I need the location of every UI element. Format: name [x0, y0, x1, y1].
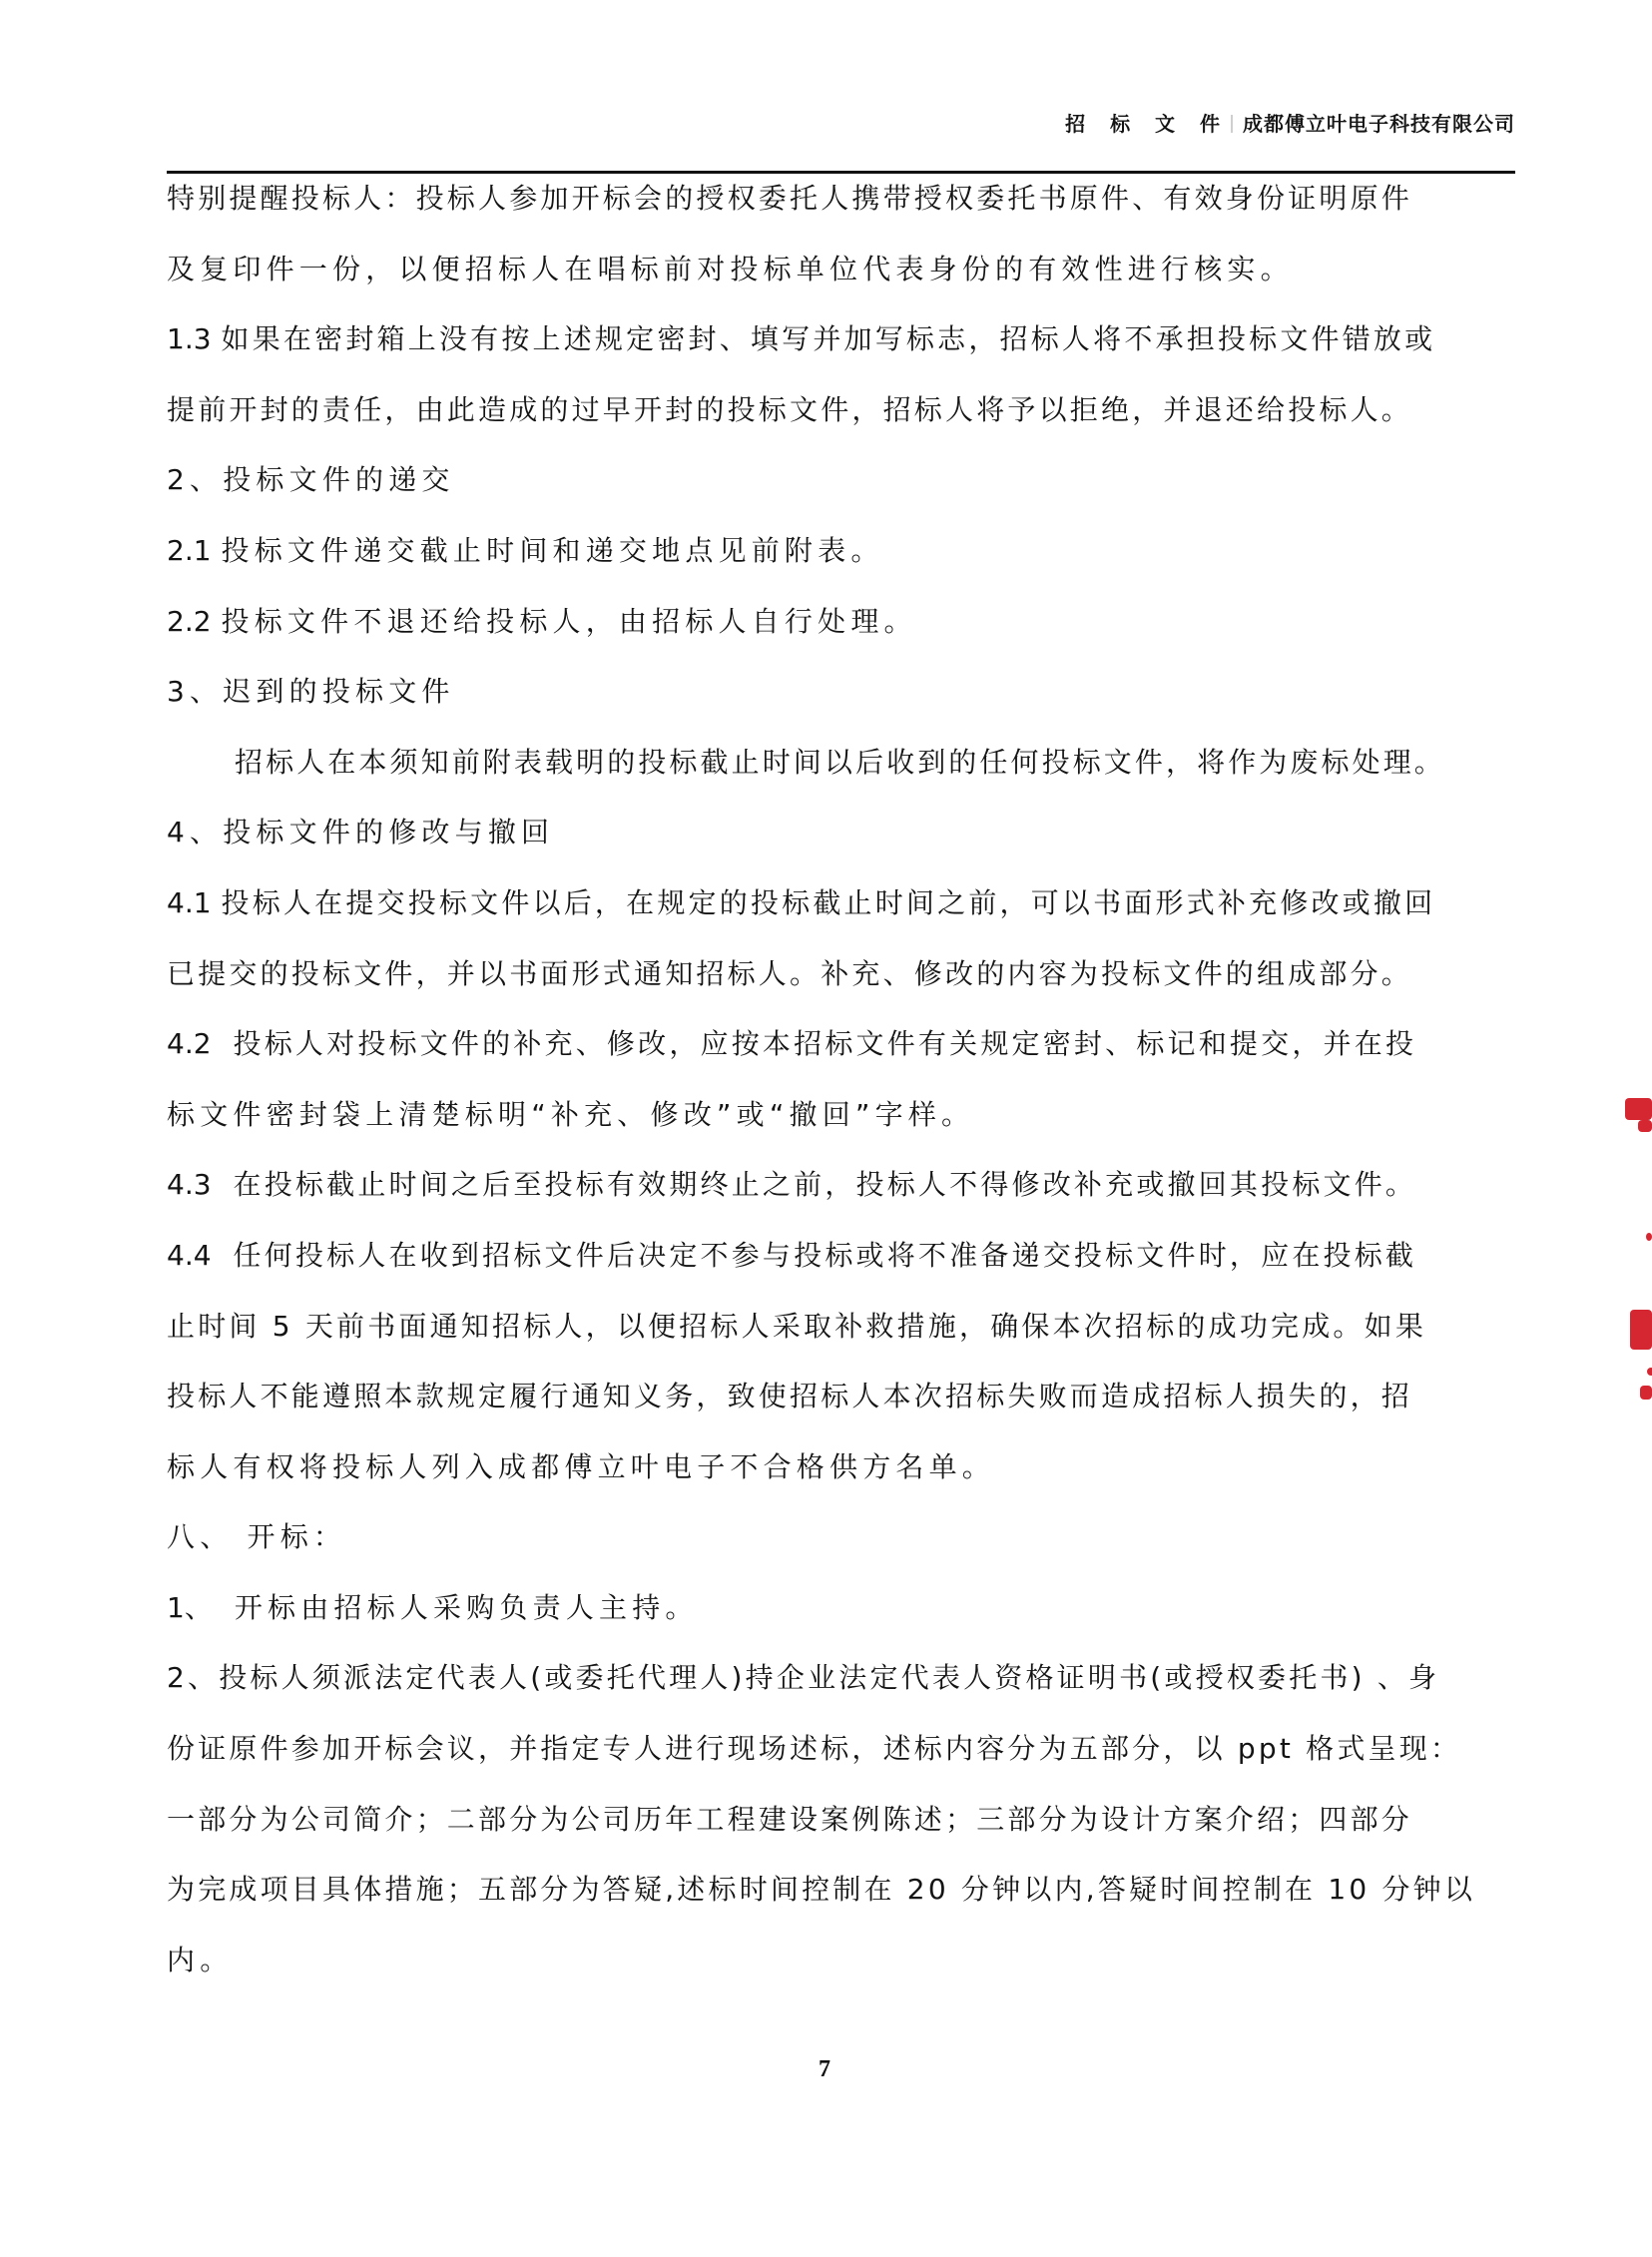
line-text: 份证原件参加开标会议，并指定专人进行现场述标，述标内容分为五部分，以 ppt 格…	[167, 1732, 1461, 1765]
line-text: 投标文件不退还给投标人，由招标人自行处理。	[222, 605, 917, 638]
line-text: 止时间 5 天前书面通知招标人，以便招标人采取补救措施，确保本次招标的成功完成。…	[167, 1310, 1426, 1343]
line-text: 标文件密封袋上清楚标明“补充、修改”或“撤回”字样。	[167, 1098, 974, 1131]
line-text: 提前开封的责任，由此造成的过早开封的投标文件，招标人将予以拒绝，并退还给投标人。	[167, 393, 1412, 426]
stamp-mark	[1630, 1310, 1652, 1350]
paragraph-special-reminder: 特别提醒投标人：投标人参加开标会的授权委托人携带授权委托书原件、有效身份证明原件	[167, 178, 1524, 249]
paragraph-special-reminder-cont: 及复印件一份，以便招标人在唱标前对投标单位代表身份的有效性进行核实。	[167, 249, 1524, 319]
line-text: 在投标截止时间之后至投标有效期终止之前，投标人不得修改补充或撤回其投标文件。	[234, 1168, 1417, 1201]
line-text: 已提交的投标文件，并以书面形式通知招标人。补充、修改的内容为投标文件的组成部分。	[167, 957, 1412, 990]
clause-2-2: 2.2投标文件不退还给投标人，由招标人自行处理。	[167, 601, 1524, 672]
clause-number: 2.1	[167, 534, 212, 567]
line-text: 任何投标人在收到招标文件后决定不参与投标或将不准备递交投标文件时，应在投标截	[234, 1239, 1417, 1272]
clause-number: 2.2	[167, 605, 212, 638]
stamp-mark	[1638, 1120, 1652, 1132]
clause-4-2: 4.2投标人对投标文件的补充、修改，应按本招标文件有关规定密封、标记和提交，并在…	[167, 1023, 1524, 1094]
line-text: 2、投标文件的递交	[167, 463, 455, 496]
line-text: 及复印件一份，以便招标人在唱标前对投标单位代表身份的有效性进行核实。	[167, 253, 1294, 285]
clause-2-1: 2.1投标文件递交截止时间和递交地点见前附表。	[167, 530, 1524, 601]
header-rule	[167, 171, 1515, 174]
clause-4-1-cont: 已提交的投标文件，并以书面形式通知招标人。补充、修改的内容为投标文件的组成部分。	[167, 953, 1524, 1024]
line-text: 开标由招标人采购负责人主持。	[235, 1591, 699, 1624]
clause-1-3: 1.3如果在密封箱上没有按上述规定密封、填写并加写标志，招标人将不承担投标文件错…	[167, 318, 1524, 389]
bid-opening-item-2-cont-2: 一部分为公司简介；二部分为公司历年工程建设案例陈述；三部分为设计方案介绍；四部分	[167, 1799, 1524, 1870]
line-text: 4、投标文件的修改与撤回	[167, 816, 554, 848]
line-text: 3、迟到的投标文件	[167, 675, 455, 708]
stamp-mark	[1625, 1098, 1652, 1120]
line-text: 为完成项目具体措施；五部分为答疑,述标时间控制在 20 分钟以内,答疑时间控制在…	[167, 1873, 1475, 1906]
line-text: 一部分为公司简介；二部分为公司历年工程建设案例陈述；三部分为设计方案介绍；四部分	[167, 1803, 1412, 1836]
clause-4-4: 4.4任何投标人在收到招标文件后决定不参与投标或将不准备递交投标文件时，应在投标…	[167, 1235, 1524, 1306]
line-text: 2、投标人须派法定代表人(或委托代理人)持企业法定代表人资格证明书(或授权委托书…	[167, 1661, 1439, 1694]
clause-1-3-cont: 提前开封的责任，由此造成的过早开封的投标文件，招标人将予以拒绝，并退还给投标人。	[167, 389, 1524, 460]
line-text: 招标人在本须知前附表载明的投标截止时间以后收到的任何投标文件，将作为废标处理。	[235, 746, 1445, 779]
stamp-mark	[1646, 1233, 1652, 1241]
line-text: 如果在密封箱上没有按上述规定密封、填写并加写标志，招标人将不承担投标文件错放或	[222, 322, 1436, 355]
clause-number: 4.2	[167, 1027, 212, 1060]
stamp-mark	[1640, 1386, 1652, 1400]
bid-opening-item-2: 2、投标人须派法定代表人(或委托代理人)持企业法定代表人资格证明书(或授权委托书…	[167, 1657, 1524, 1728]
header-company: 成都傅立叶电子科技有限公司	[1243, 112, 1515, 136]
line-text: 投标人对投标文件的补充、修改，应按本招标文件有关规定密封、标记和提交，并在投	[234, 1027, 1417, 1060]
section-2-heading: 2、投标文件的递交	[167, 459, 1524, 530]
bid-opening-item-2-cont-3: 为完成项目具体措施；五部分为答疑,述标时间控制在 20 分钟以内,答疑时间控制在…	[167, 1869, 1524, 1940]
document-body: 特别提醒投标人：投标人参加开标会的授权委托人携带授权委托书原件、有效身份证明原件…	[167, 178, 1524, 2009]
bid-opening-item-2-cont-4: 内。	[167, 1940, 1524, 2010]
line-text: 投标人在提交投标文件以后，在规定的投标截止时间之前，可以书面形式补充修改或撤回	[222, 886, 1436, 919]
section-8-heading: 八、 开标：	[167, 1516, 1524, 1587]
clause-4-1: 4.1投标人在提交投标文件以后，在规定的投标截止时间之前，可以书面形式补充修改或…	[167, 882, 1524, 953]
stamp-mark	[1647, 1368, 1652, 1376]
line-text: 投标文件递交截止时间和递交地点见前附表。	[222, 534, 884, 567]
header-separator	[1231, 115, 1233, 133]
page-header: 招 标 文 件成都傅立叶电子科技有限公司	[167, 108, 1515, 138]
clause-number: 4.4	[167, 1239, 212, 1272]
page-number: 7	[819, 2056, 830, 2083]
clause-number: 4.3	[167, 1168, 212, 1201]
clause-4-4-cont-1: 止时间 5 天前书面通知招标人，以便招标人采取补救措施，确保本次招标的成功完成。…	[167, 1306, 1524, 1377]
section-3-paragraph: 招标人在本须知前附表载明的投标截止时间以后收到的任何投标文件，将作为废标处理。	[167, 742, 1524, 813]
clause-4-2-cont: 标文件密封袋上清楚标明“补充、修改”或“撤回”字样。	[167, 1094, 1524, 1165]
line-text: 内。	[167, 1944, 233, 1976]
clause-4-3: 4.3在投标截止时间之后至投标有效期终止之前，投标人不得修改补充或撤回其投标文件…	[167, 1164, 1524, 1235]
line-text: 投标人不能遵照本款规定履行通知义务，致使招标人本次招标失败而造成招标人损失的，招	[167, 1380, 1412, 1412]
line-text: 标人有权将投标人列入成都傅立叶电子不合格供方名单。	[167, 1450, 995, 1483]
line-text: 八、 开标：	[167, 1520, 346, 1553]
header-doc-type: 招 标 文 件	[1065, 112, 1229, 136]
clause-4-4-cont-3: 标人有权将投标人列入成都傅立叶电子不合格供方名单。	[167, 1446, 1524, 1517]
clause-4-4-cont-2: 投标人不能遵照本款规定履行通知义务，致使招标人本次招标失败而造成招标人损失的，招	[167, 1376, 1524, 1446]
bid-opening-item-2-cont-1: 份证原件参加开标会议，并指定专人进行现场述标，述标内容分为五部分，以 ppt 格…	[167, 1728, 1524, 1799]
clause-number: 1.3	[167, 322, 212, 355]
clause-number: 4.1	[167, 886, 212, 919]
section-3-heading: 3、迟到的投标文件	[167, 671, 1524, 742]
bid-opening-item-1: 1、开标由招标人采购负责人主持。	[167, 1587, 1524, 1658]
line-text: 特别提醒投标人：投标人参加开标会的授权委托人携带授权委托书原件、有效身份证明原件	[167, 182, 1412, 215]
clause-number: 1、	[167, 1591, 213, 1624]
section-4-heading: 4、投标文件的修改与撤回	[167, 812, 1524, 882]
